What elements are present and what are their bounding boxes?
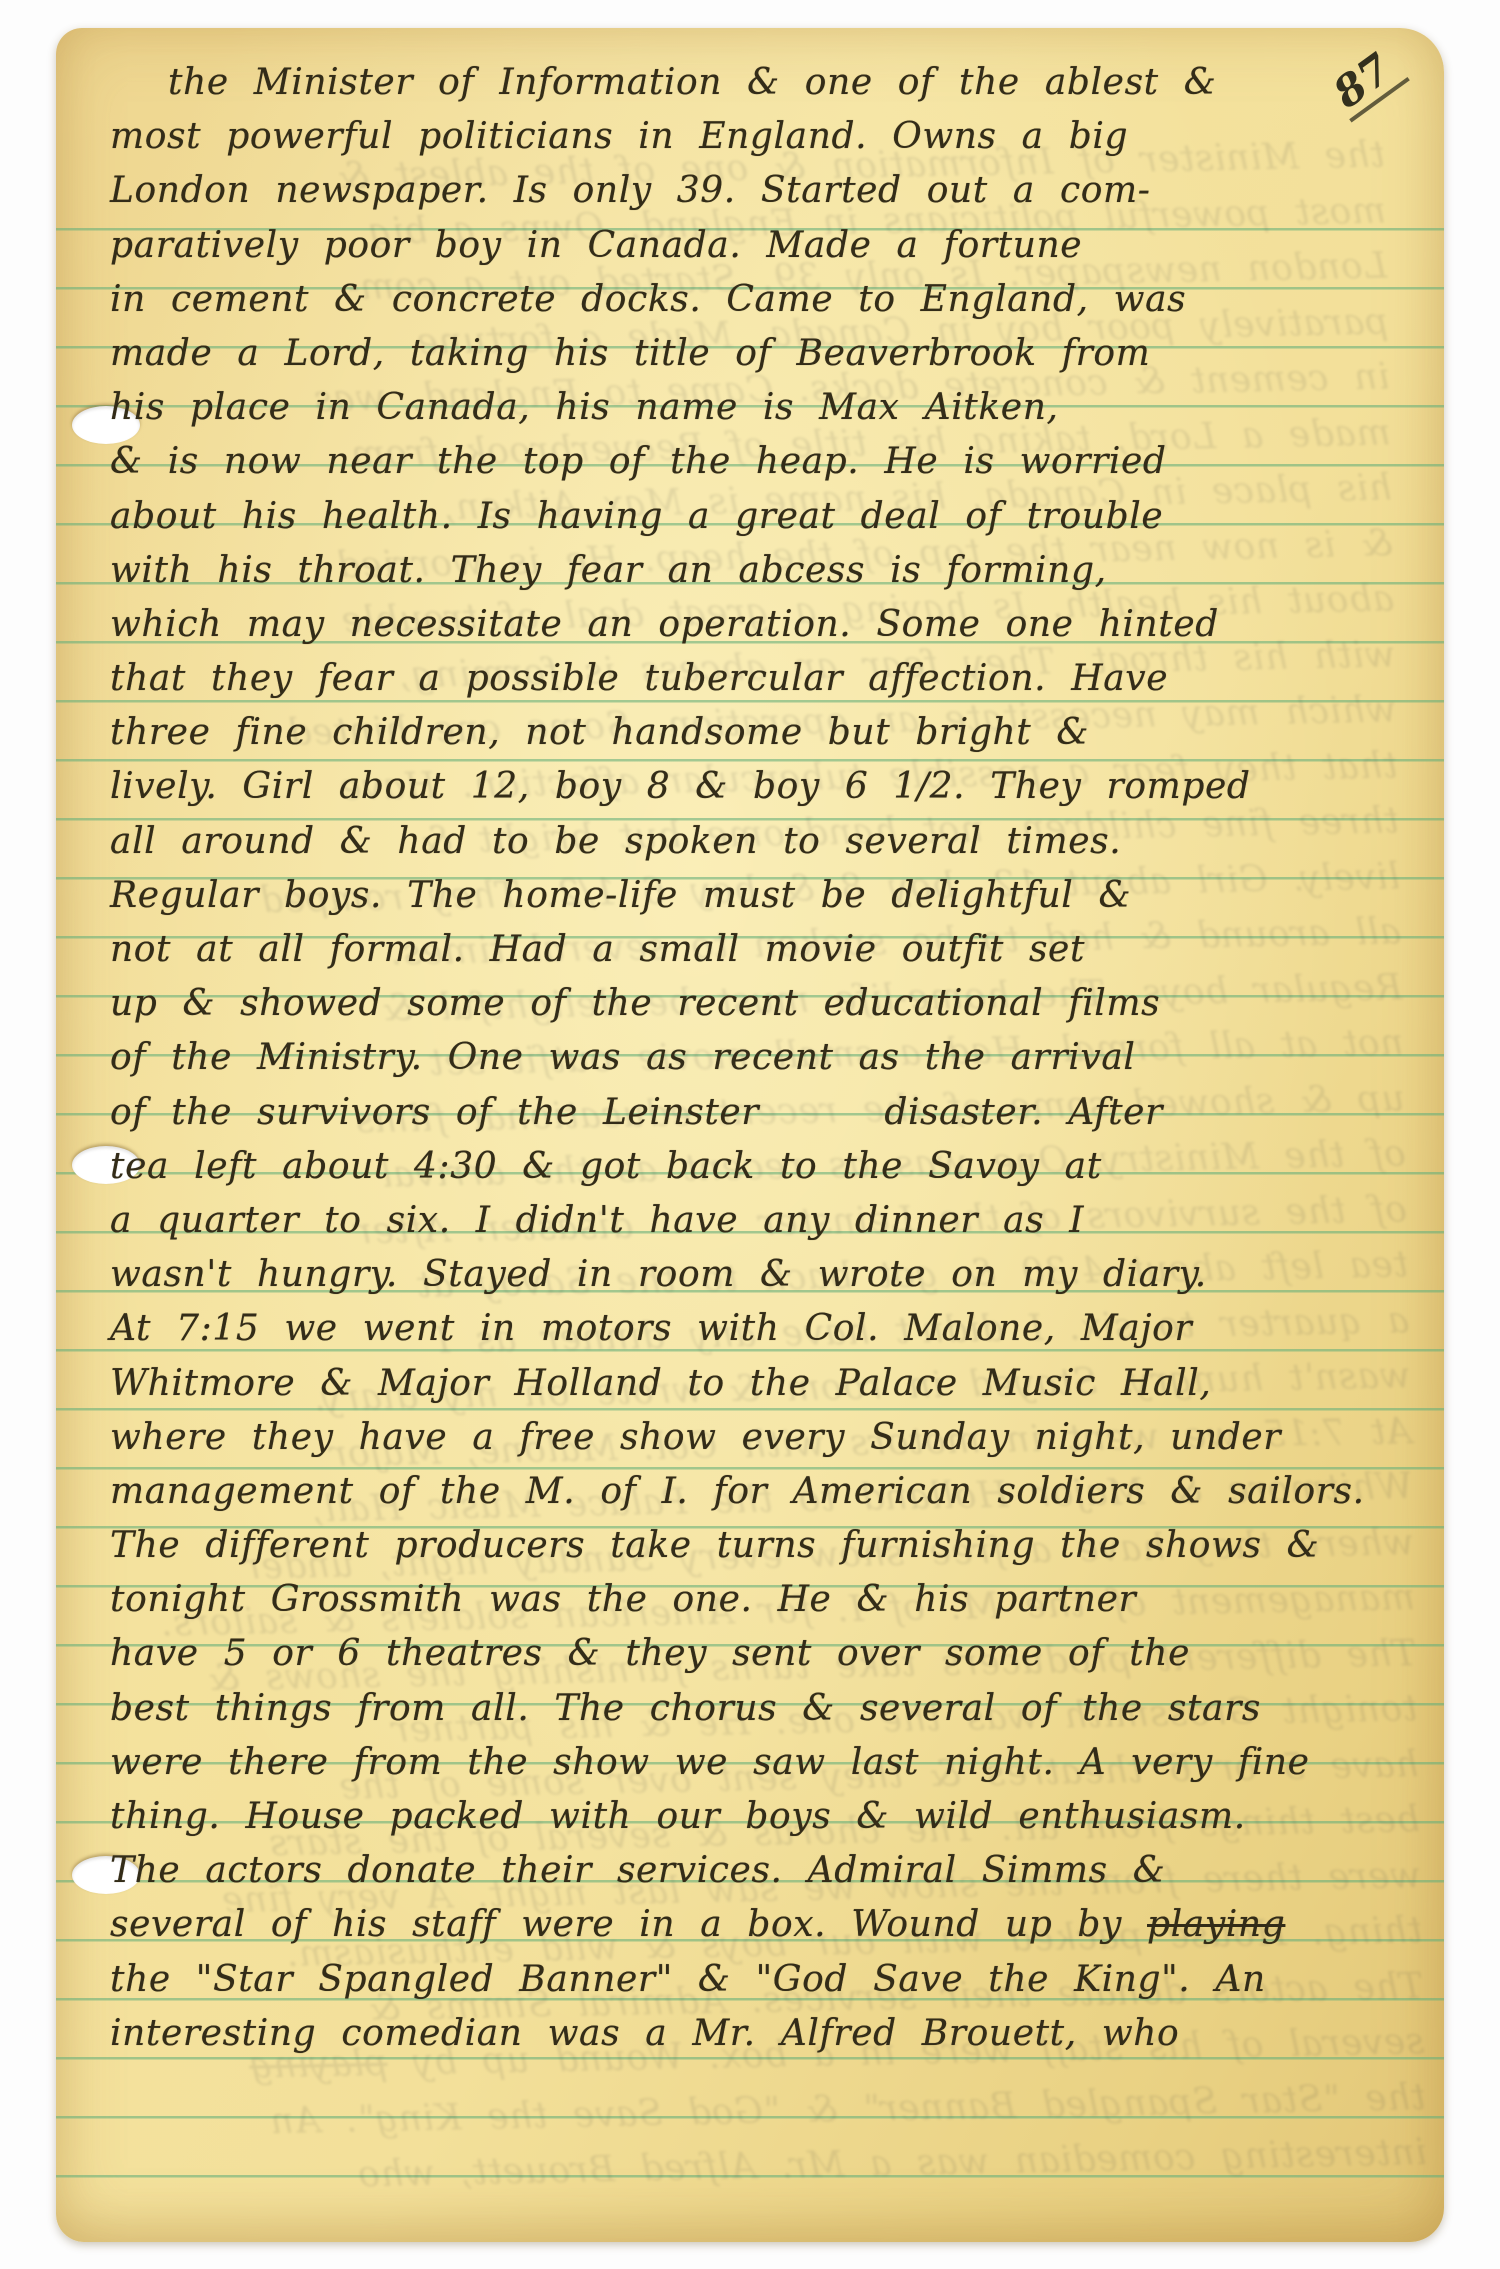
handwritten-line: Regular boys. The home-life must be deli… [110,875,1420,929]
struck-through-word: playing [1147,1904,1285,1945]
handwritten-line: best things from all. The chorus & sever… [110,1688,1420,1742]
handwritten-line: lively. Girl about 12, boy 8 & boy 6 1/2… [110,766,1420,820]
diary-page: 87 the Minister of Information & one of … [56,28,1444,2242]
handwritten-line: all around & had to be spoken to several… [110,821,1420,875]
handwritten-line: Whitmore & Major Holland to the Palace M… [110,1363,1420,1417]
handwritten-line: made a Lord, taking his title of Beaverb… [110,333,1420,387]
handwritten-line: where they have a free show every Sunday… [110,1417,1420,1471]
handwritten-line: were there from the show we saw last nig… [110,1742,1420,1796]
handwritten-line: London newspaper. Is only 39. Started ou… [110,170,1420,224]
handwritten-line: paratively poor boy in Canada. Made a fo… [110,225,1420,279]
handwriting-lines: the Minister of Information & one of the… [110,62,1420,2067]
handwritten-line: a quarter to six. I didn't have any dinn… [110,1200,1420,1254]
handwritten-line: the Minister of Information & one of the… [110,62,1420,116]
handwritten-line: the "Star Spangled Banner" & "God Save t… [110,1959,1420,2013]
handwritten-line: his place in Canada, his name is Max Ait… [110,387,1420,441]
handwritten-line: of the Ministry. One was as recent as th… [110,1037,1420,1091]
handwritten-line: interesting comedian was a Mr. Alfred Br… [116,2132,1427,2215]
handwritten-line: the "Star Spangled Banner" & "God Save t… [115,2077,1426,2160]
handwritten-line: wasn't hungry. Stayed in room & wrote on… [110,1254,1420,1308]
handwritten-line: The different producers take turns furni… [110,1525,1420,1579]
handwritten-line: management of the M. of I. for American … [110,1471,1420,1525]
handwritten-line: have 5 or 6 theatres & they sent over so… [110,1633,1420,1687]
handwritten-line: & is now near the top of the heap. He is… [110,441,1420,495]
handwritten-line: not at all formal. Had a small movie out… [110,929,1420,983]
handwritten-line: tonight Grossmith was the one. He & his … [110,1579,1420,1633]
handwritten-line: tea left about 4:30 & got back to the Sa… [110,1146,1420,1200]
handwritten-line: interesting comedian was a Mr. Alfred Br… [110,2013,1420,2067]
handwritten-line: most powerful politicians in England. Ow… [110,116,1420,170]
handwritten-line: which may necessitate an operation. Some… [110,604,1420,658]
handwritten-line: about his health. Is having a great deal… [110,496,1420,550]
handwritten-line: several of his staff were in a box. Woun… [110,1904,1420,1958]
handwritten-line: with his throat. They fear an abcess is … [110,550,1420,604]
handwritten-line: The actors donate their services. Admira… [110,1850,1420,1904]
handwritten-line: of the survivors of the Leinster disaste… [110,1092,1420,1146]
scanned-page-background: 87 the Minister of Information & one of … [0,0,1500,2269]
handwritten-line: At 7:15 we went in motors with Col. Malo… [110,1308,1420,1362]
handwritten-line: thing. House packed with our boys & wild… [110,1796,1420,1850]
handwritten-line: that they fear a possible tubercular aff… [110,658,1420,712]
handwritten-line: up & showed some of the recent education… [110,983,1420,1037]
handwritten-line: three fine children, not handsome but br… [110,712,1420,766]
handwritten-line: in cement & concrete docks. Came to Engl… [110,279,1420,333]
